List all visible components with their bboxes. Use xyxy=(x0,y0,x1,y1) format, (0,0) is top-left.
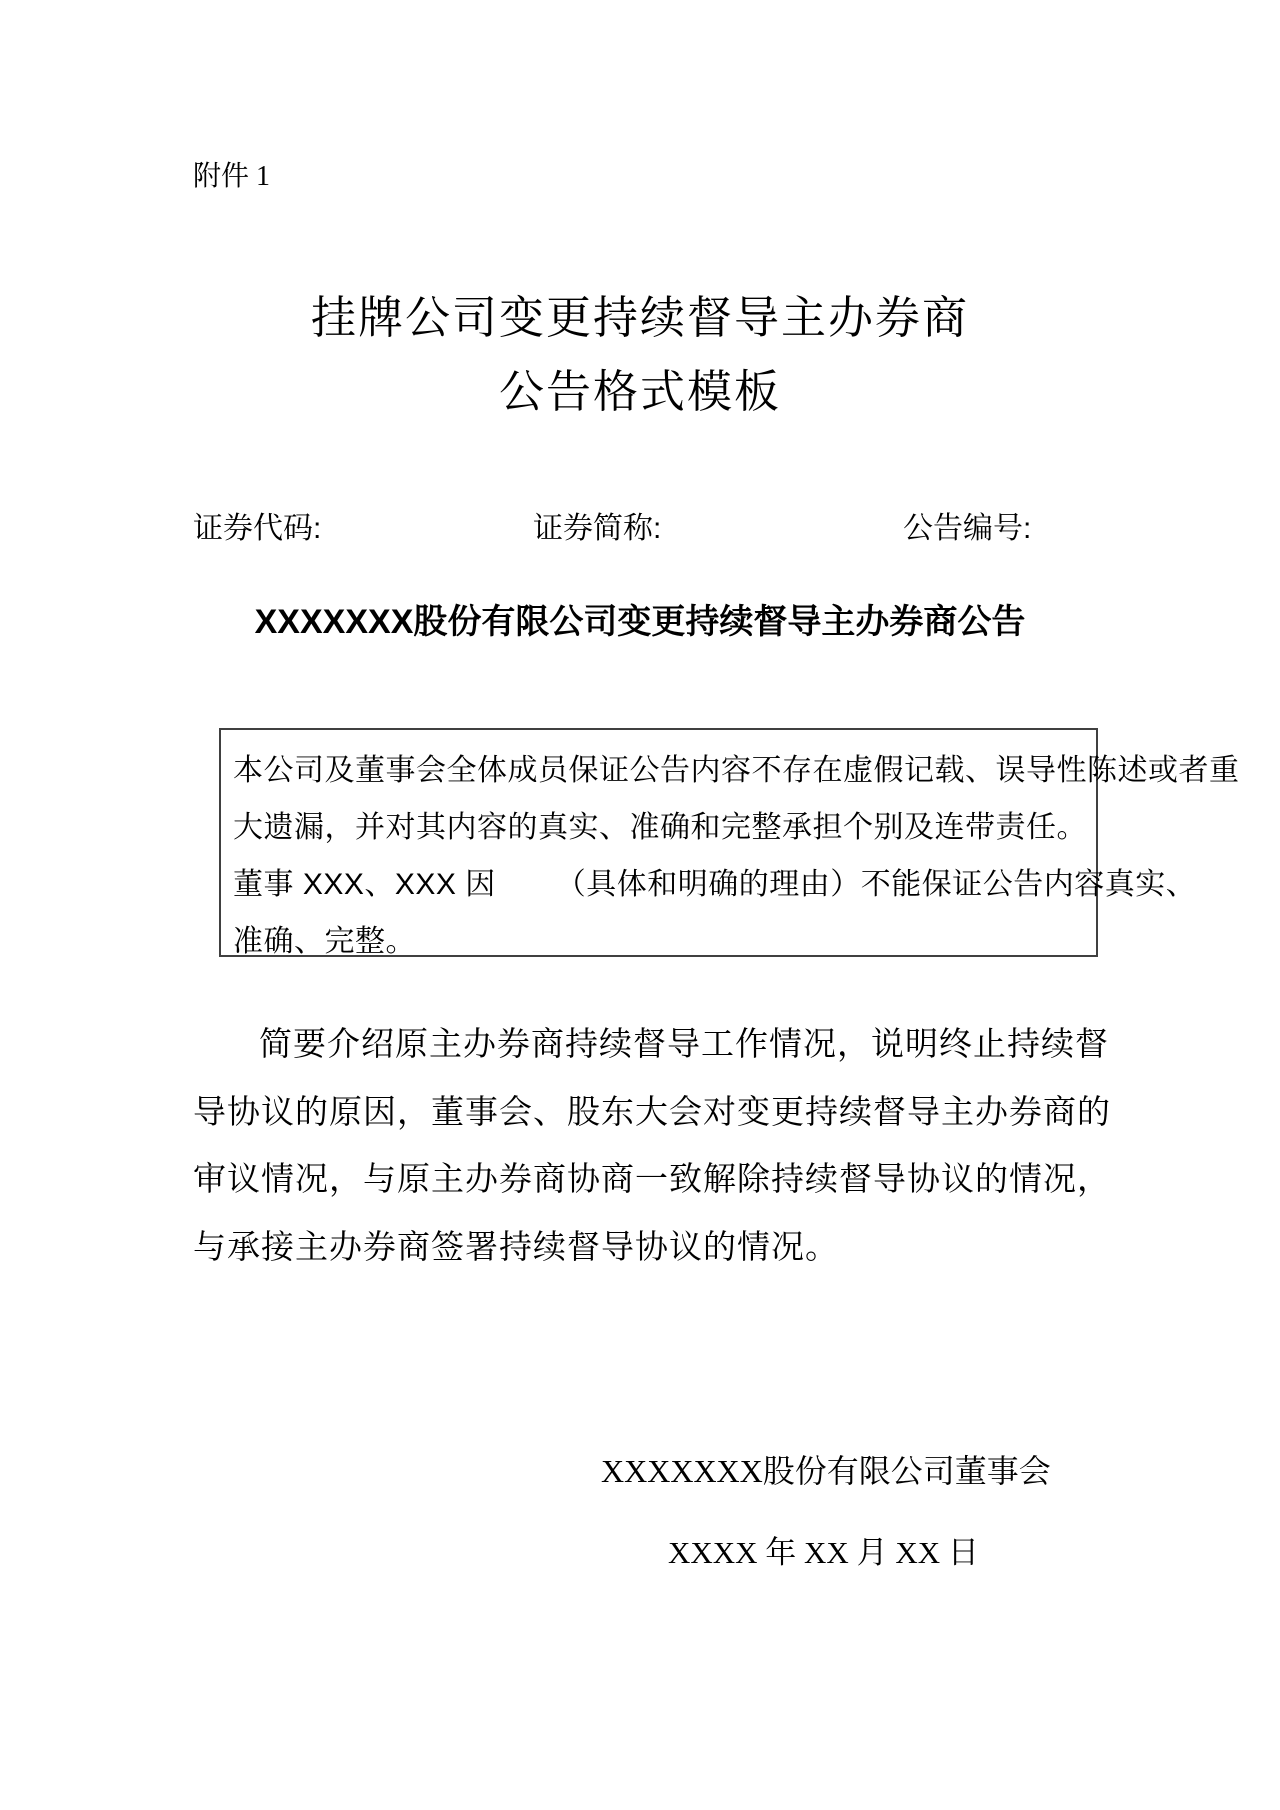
disclaimer-box: 本公司及董事会全体成员保证公告内容不存在虚假记载、误导性陈述或者重 大遗漏，并对… xyxy=(219,728,1098,957)
director-line-prefix: 董事 XXX、XXX 因 xyxy=(233,856,496,913)
disclaimer-line-4: 准确、完整。 xyxy=(233,913,1084,970)
disclaimer-director-line: 董事 XXX、XXX 因 （具体和明确的理由）不能保证公告内容真实、 xyxy=(233,856,1084,913)
disclaimer-line-2: 大遗漏，并对其内容的真实、准确和完整承担个别及连带责任。 xyxy=(233,799,1084,856)
reason-blank-space xyxy=(496,856,556,913)
disclaimer-line-1: 本公司及董事会全体成员保证公告内容不存在虚假记载、误导性陈述或者重 xyxy=(233,742,1084,799)
body-line-2: 导协议的原因，董事会、股东大会对变更持续督导主办券商的 xyxy=(193,1078,1093,1146)
document-title-line-1: 挂牌公司变更持续督导主办券商 xyxy=(0,292,1280,344)
announcement-number-label: 公告编号: xyxy=(903,512,1031,546)
attachment-label: 附件 1 xyxy=(193,160,270,194)
document-title-line-2: 公告格式模板 xyxy=(0,366,1280,418)
signature-date-line: XXXX 年 XX 月 XX 日 xyxy=(668,1534,979,1571)
director-line-suffix: （具体和明确的理由）不能保证公告内容真实、 xyxy=(556,856,1197,913)
stock-short-name-label: 证券简称: xyxy=(533,512,661,546)
body-line-3: 审议情况，与原主办券商协商一致解除持续督导协议的情况， xyxy=(193,1145,1093,1213)
announcement-heading: XXXXXXX股份有限公司变更持续督导主办券商公告 xyxy=(0,602,1280,642)
stock-code-label: 证券代码: xyxy=(193,512,321,546)
body-paragraph: 简要介绍原主办券商持续督导工作情况，说明终止持续督 导协议的原因，董事会、股东大… xyxy=(193,1010,1093,1280)
body-line-4: 与承接主办券商签署持续督导协议的情况。 xyxy=(193,1213,1093,1281)
signature-company-line: XXXXXXX股份有限公司董事会 xyxy=(601,1452,1051,1490)
document-page: 附件 1 挂牌公司变更持续督导主办券商 公告格式模板 证券代码: 证券简称: 公… xyxy=(0,0,1280,1810)
body-line-1: 简要介绍原主办券商持续督导工作情况，说明终止持续督 xyxy=(193,1010,1093,1078)
